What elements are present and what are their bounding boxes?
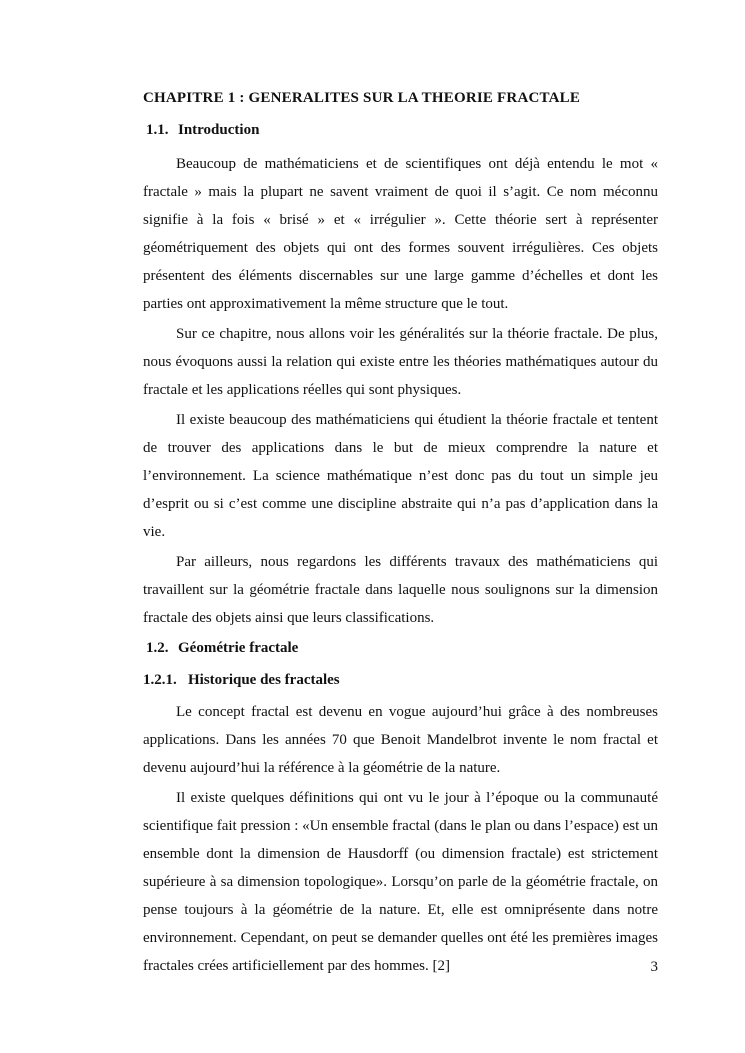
paragraph-intro-3: Il existe beaucoup des mathématiciens qu… (143, 406, 658, 546)
section-title-historique-des-fractales: Historique des fractales (188, 672, 340, 688)
paragraph-historique-2: Il existe quelques définitions qui ont v… (143, 784, 658, 980)
paragraph-intro-2: Sur ce chapitre, nous allons voir les gé… (143, 320, 658, 404)
section-number-1-2-1: 1.2.1. (143, 666, 188, 694)
section-title-introduction: Introduction (178, 122, 259, 138)
chapter-title: CHAPITRE 1 : GENERALITES SUR LA THEORIE … (143, 84, 658, 112)
section-heading-1-2-1: 1.2.1.Historique des fractales (143, 666, 658, 694)
paragraph-historique-1: Le concept fractal est devenu en vogue a… (143, 698, 658, 782)
document-page: CHAPITRE 1 : GENERALITES SUR LA THEORIE … (0, 0, 745, 1053)
section-number-1-1: 1.1. (146, 116, 178, 144)
page-content: CHAPITRE 1 : GENERALITES SUR LA THEORIE … (143, 84, 658, 982)
page-number: 3 (143, 957, 658, 977)
section-heading-1-2: 1.2.Géométrie fractale (143, 634, 658, 662)
section-heading-1-1: 1.1.Introduction (143, 116, 658, 144)
paragraph-intro-4: Par ailleurs, nous regardons les différe… (143, 548, 658, 632)
section-number-1-2: 1.2. (146, 634, 178, 662)
section-title-geometrie-fractale: Géométrie fractale (178, 640, 298, 656)
paragraph-intro-1: Beaucoup de mathématiciens et de scienti… (143, 150, 658, 318)
